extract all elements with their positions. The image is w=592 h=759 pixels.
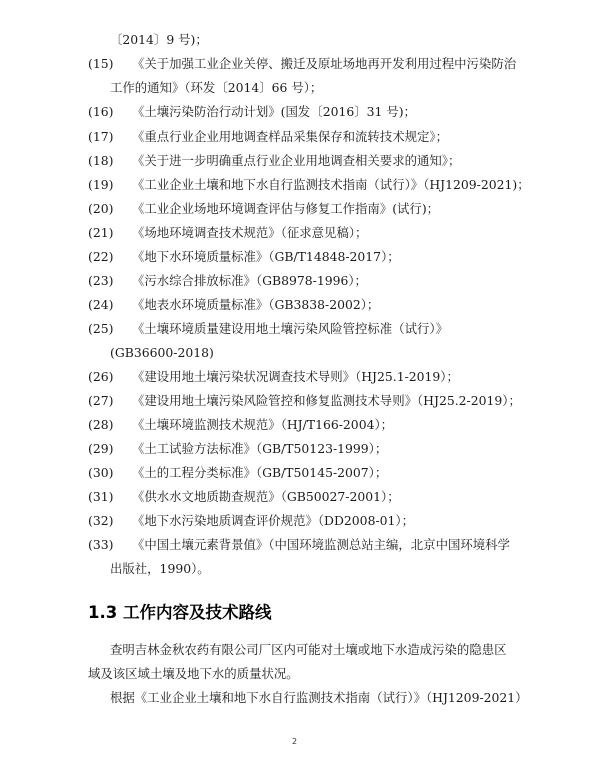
reference-text: 《建设用地土壤污染状况调查技术导则》（HJ25.1-2019）； (132, 369, 459, 385)
reference-number: (31) (88, 489, 113, 505)
reference-text: 《重点行业企业用地调查样品采集保存和流转技术规定》； (132, 129, 448, 145)
reference-text: 《地表水环境质量标准》（GB3838-2002）； (132, 297, 379, 313)
reference-text: 《供水水文地质勘查规范》（GB50027-2001）； (132, 489, 400, 505)
page-number: 2 (292, 737, 297, 746)
reference-number: (26) (88, 369, 113, 385)
reference-number: (27) (88, 393, 113, 409)
reference-number: (23) (88, 273, 113, 289)
reference-text: 《地下水污染地质调查评价规范》（DD2008-01）； (132, 513, 414, 529)
reference-text: 《工业企业场地环境调查评估与修复工作指南》(试行)； (132, 201, 439, 217)
paragraph-1-line-2: 域及该区域土壤及地下水的质量状况。 (88, 664, 299, 682)
reference-number: (32) (88, 513, 113, 529)
reference-text: 《中国土壤元素背景值》（中国环境监测总站主编，北京中国环境科学 (132, 537, 510, 553)
reference-number: (18) (88, 153, 113, 169)
reference-text: 《土壤环境质量建设用地土壤污染风险管控标准（试行）》 (132, 321, 448, 337)
reference-text: 《土壤环境监测技术规范》（HJ/T166-2004）； (132, 417, 393, 433)
reference-number: (19) (88, 177, 113, 193)
reference-text-continued: (GB36600-2018) (110, 345, 214, 361)
reference-number: (20) (88, 201, 113, 217)
reference-text: 《地下水环境质量标准》（GB/T14848-2017）； (132, 249, 400, 265)
reference-text: 《污水综合排放标准》（GB8978-1996）； (132, 273, 367, 289)
reference-text: 《土壤污染防治行动计划》(国发〔2016〕31 号)； (132, 104, 416, 120)
reference-text-continued: 工作的通知》（环发〔2014〕66 号）； (110, 80, 322, 96)
section-heading: 1.3 工作内容及技术路线 (88, 599, 271, 623)
reference-text: 《建设用地土壤污染风险管控和修复监测技术导则》（HJ25.2-2019）； (132, 393, 521, 409)
reference-number: (28) (88, 417, 113, 433)
paragraph-2-line-1: 根据《工业企业土壤和地下水自行监测技术指南（试行）》（HJ1209-2021） (110, 688, 528, 706)
reference-text-continued: 出版社，1990）。 (110, 561, 210, 577)
reference-text: 《工业企业土壤和地下水自行监测技术指南（试行）》（HJ1209-2021)； (132, 177, 530, 193)
reference-number: (22) (88, 249, 113, 265)
reference-number: (25) (88, 321, 113, 337)
reference-number: (16) (88, 104, 113, 120)
reference-text: 《土的工程分类标准》（GB/T50145-2007）； (132, 465, 387, 481)
reference-number: (17) (88, 129, 113, 145)
paragraph-1-line-1: 查明吉林金秋农药有限公司厂区内可能对土壤或地下水造成污染的隐患区 (110, 640, 507, 658)
reference-number: (33) (88, 537, 113, 553)
reference-text: 《关于加强工业企业关停、搬迁及原址场地再开发利用过程中污染防治 (132, 56, 516, 72)
reference-text: 《场地环境调查技术规范》（征求意见稿）； (132, 225, 367, 241)
reference-text: 《关于进一步明确重点行业企业用地调查相关要求的通知》； (132, 153, 460, 169)
document-page: 〔2014〕9 号)； (15)《关于加强工业企业关停、搬迁及原址场地再开发利用… (0, 0, 592, 759)
reference-number: (29) (88, 441, 113, 457)
reference-number: (30) (88, 465, 113, 481)
reference-text: 《土工试验方法标准》（GB/T50123-1999）； (132, 441, 387, 457)
reference-number: (24) (88, 297, 113, 313)
reference-number: (15) (88, 56, 113, 72)
reference-number: (21) (88, 225, 113, 241)
